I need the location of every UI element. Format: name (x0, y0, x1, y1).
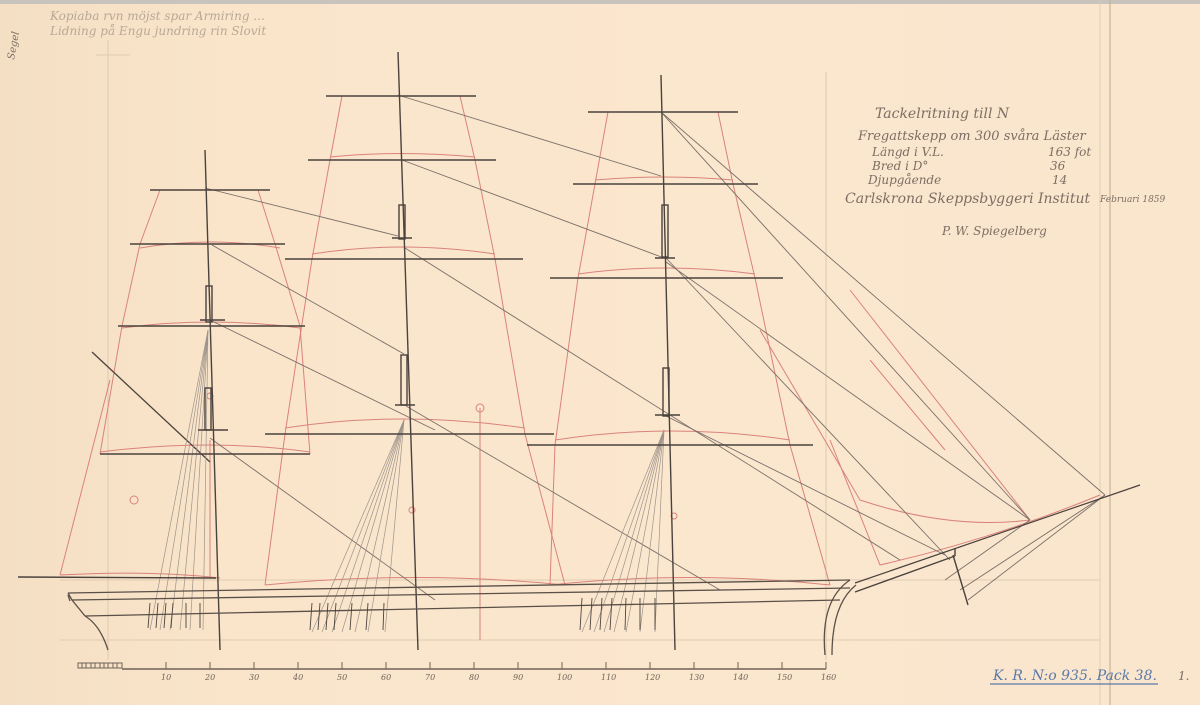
scale-tick-label: 80 (469, 673, 479, 682)
draught-label: Djupgående (867, 172, 941, 187)
title-line-1: Tackelritning till N (875, 106, 1010, 122)
scale-tick-label: 10 (161, 673, 171, 682)
sheet-number: 1. (1178, 669, 1189, 683)
header-note-2: Lidning på Engu jundring rin Slovit (49, 23, 266, 38)
scale-tick-label: 120 (645, 673, 660, 682)
scale-tick-label: 90 (513, 673, 523, 682)
breadth-label: Bred i D° (871, 159, 928, 173)
header-note-1: Kopiaba rvn möjst spar Armiring ... (49, 9, 265, 23)
scale-tick-label: 130 (689, 673, 704, 682)
scale-bar (78, 662, 826, 669)
scale-tick-label: 160 (821, 673, 836, 682)
catalogue-stamp: K. R. N:o 935. Pack 38. (992, 668, 1157, 684)
draught-value: 14 (1052, 173, 1067, 187)
rigging-stays (92, 95, 1105, 600)
scale-tick-label: 140 (733, 673, 748, 682)
margin-mark: Segel (6, 31, 22, 61)
scale-tick-label: 100 (557, 673, 572, 682)
sail-outlines (60, 96, 1100, 640)
hull (68, 580, 856, 655)
length-label: Längd i V.L. (871, 145, 944, 159)
scale-tick-label: 20 (204, 673, 215, 682)
place-line: Carlskrona Skeppsbyggeri Institut (845, 191, 1090, 207)
title-line-2: Fregattskepp om 300 svåra Läster (857, 128, 1087, 144)
signature: P. W. Spiegelberg (941, 224, 1047, 238)
date-line: Februari 1859 (1099, 195, 1166, 205)
sail-plan-drawing: 102030405060708090100110120130140150160 … (0, 0, 1200, 705)
title-block: Tackelritning till N Fregattskepp om 300… (845, 106, 1166, 238)
scale-tick-label: 30 (249, 673, 259, 682)
scale-tick-label: 60 (381, 673, 391, 682)
breadth-value: 36 (1050, 159, 1066, 173)
scale-tick-label: 50 (337, 673, 347, 682)
scale-bar-labels: 102030405060708090100110120130140150160 (161, 673, 836, 682)
length-value: 163 fot (1048, 145, 1091, 159)
scale-tick-label: 70 (425, 673, 435, 682)
scale-tick-label: 110 (601, 673, 616, 682)
scale-tick-label: 40 (292, 673, 303, 682)
scale-tick-label: 150 (777, 673, 792, 682)
